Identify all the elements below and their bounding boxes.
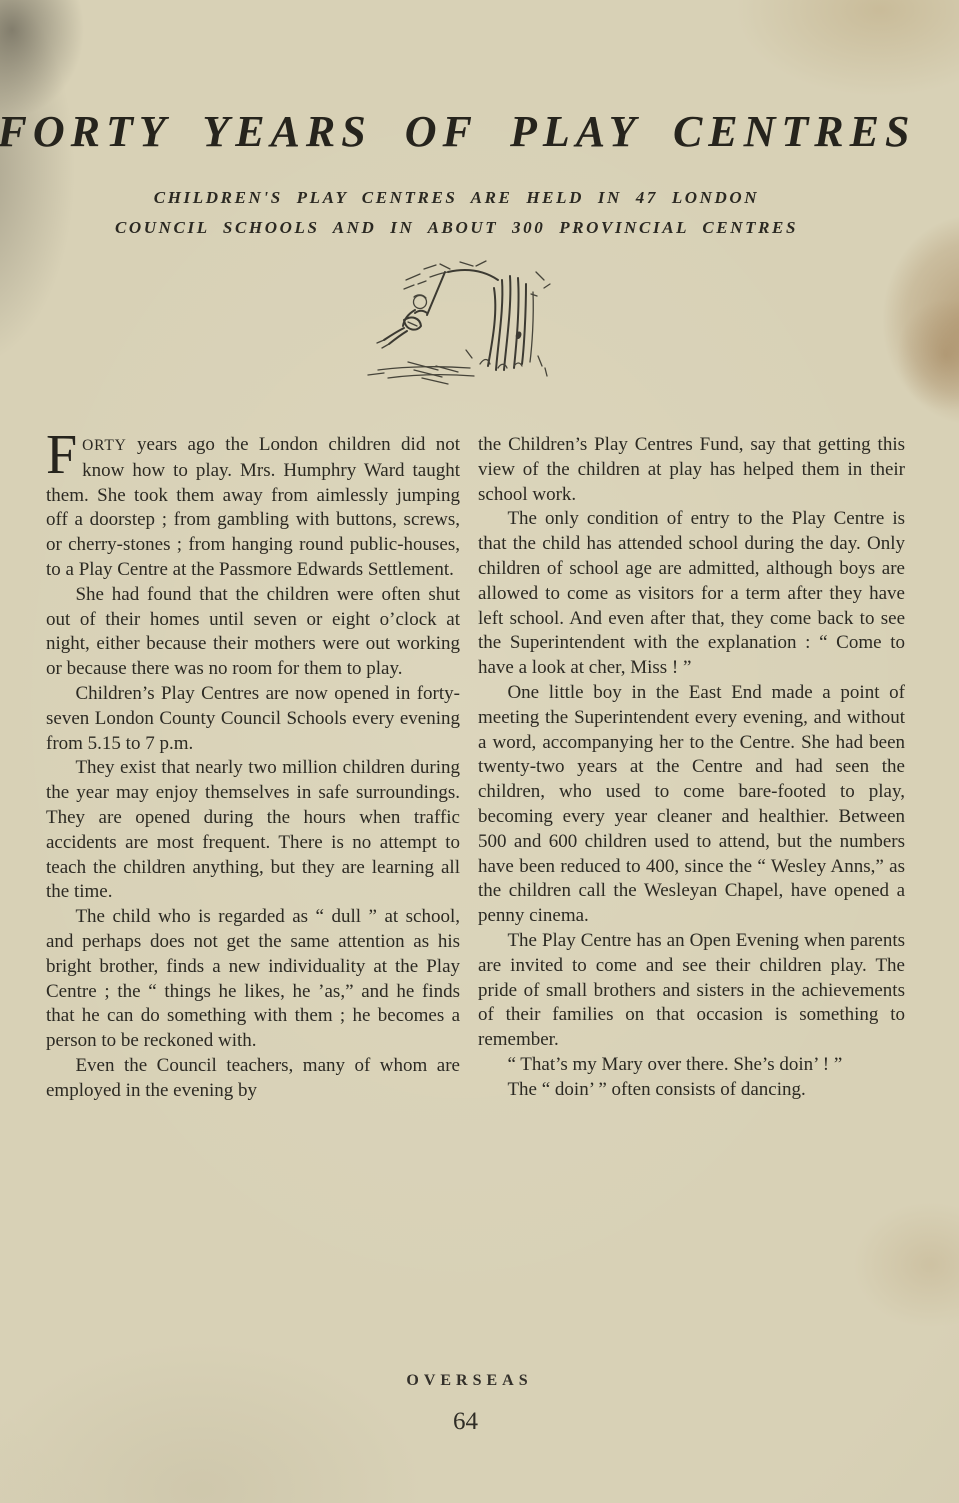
paragraph: She had found that the children were oft…: [46, 583, 460, 682]
lead-small-caps: ORTY: [82, 437, 126, 454]
paragraph: The “ doin’ ” often consists of dancing.: [478, 1078, 905, 1103]
paragraph-lead: FORTY years ago the London children did …: [46, 433, 460, 583]
paragraph: “ That’s my Mary over there. She’s doin’…: [478, 1053, 905, 1078]
paragraph: Even the Council teachers, many of whom …: [46, 1054, 460, 1104]
right-column: the Children’s Play Centres Fund, say th…: [478, 433, 905, 1104]
paragraph-continuation: the Children’s Play Centres Fund, say th…: [478, 433, 905, 507]
subtitle-line-2: COUNCIL SCHOOLS AND IN ABOUT 300 PROVINC…: [0, 213, 936, 243]
drop-cap: F: [46, 433, 82, 477]
left-column: FORTY years ago the London children did …: [46, 433, 460, 1104]
page-title: FORTY YEARS OF PLAY CENTRES: [0, 106, 936, 157]
child-on-swing-sketch-icon: [348, 258, 568, 393]
magazine-page: FORTY YEARS OF PLAY CENTRES CHILDREN'S P…: [0, 0, 959, 1503]
paragraph: The child who is regarded as “ dull ” at…: [46, 905, 460, 1054]
lead-paragraph-text: years ago the London children did not kn…: [46, 434, 460, 580]
article-header: FORTY YEARS OF PLAY CENTRES CHILDREN'S P…: [0, 106, 936, 243]
paragraph: Children’s Play Centres are now opened i…: [46, 682, 460, 756]
paragraph: The Play Centre has an Open Evening when…: [478, 929, 905, 1053]
article-subtitle: CHILDREN'S PLAY CENTRES ARE HELD IN 47 L…: [0, 183, 936, 243]
paragraph: The only condition of entry to the Play …: [478, 507, 905, 681]
subtitle-line-1: CHILDREN'S PLAY CENTRES ARE HELD IN 47 L…: [0, 183, 936, 213]
swing-illustration: [0, 258, 937, 393]
page-number: 64: [0, 1408, 945, 1436]
paragraph: One little boy in the East End made a po…: [478, 681, 905, 929]
running-footer: OVERSEAS: [0, 1372, 949, 1390]
paragraph: They exist that nearly two million child…: [46, 756, 460, 905]
article-body: FORTY years ago the London children did …: [46, 433, 905, 1104]
